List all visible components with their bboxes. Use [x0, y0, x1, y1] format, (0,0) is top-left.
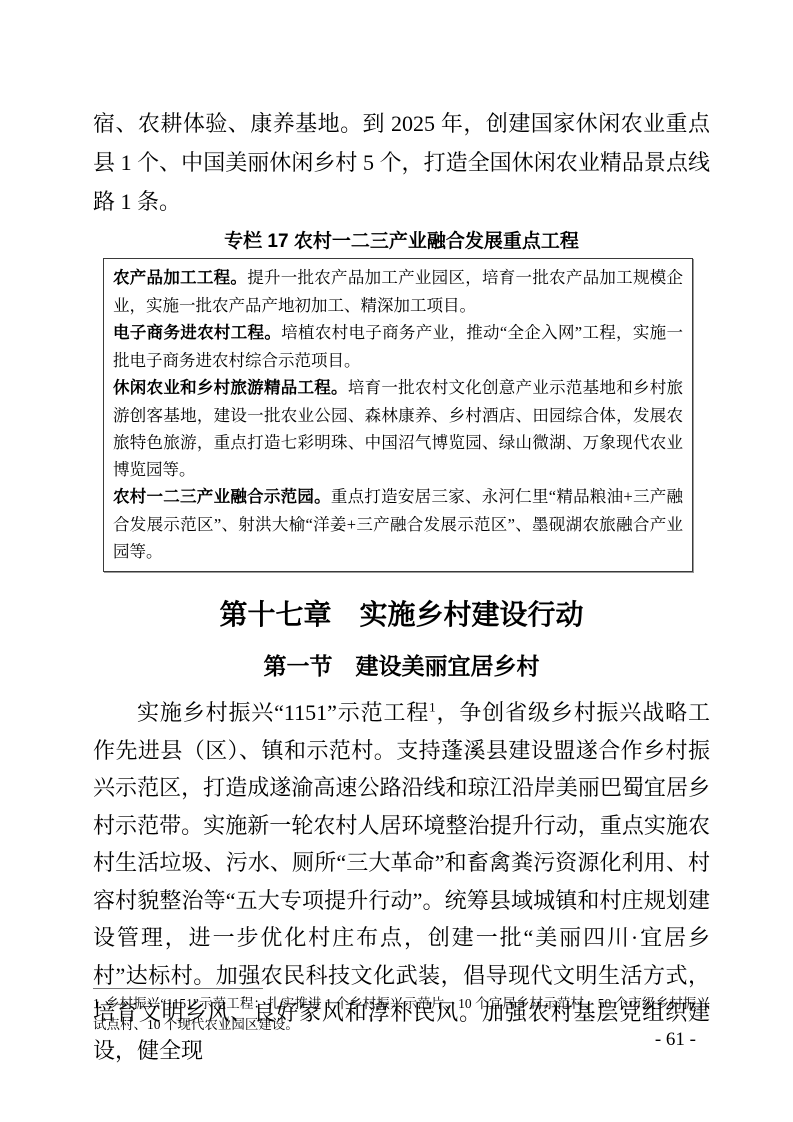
panel-item-heading: 农村一二三产业融合示范园。 [113, 488, 331, 506]
footnote-marker: 1 [93, 996, 100, 1011]
chapter-title: 第十七章 实施乡村建设行动 [93, 597, 710, 633]
panel-item-heading: 休闲农业和乡村旅游精品工程。 [113, 379, 348, 397]
panel-item: 农村一二三产业融合示范园。重点打造安居三家、永河仁里“精品粮油+三产融合发展示范… [113, 483, 683, 565]
panel-item: 休闲农业和乡村旅游精品工程。培育一批农村文化创意产业示范基地和乡村旅游创客基地，… [113, 374, 683, 483]
intro-paragraph: 宿、农耕体验、康养基地。到 2025 年，创建国家休闲农业重点县 1 个、中国美… [93, 104, 710, 221]
panel-item: 农产品加工工程。提升一批农产品加工产业园区，培育一批农产品加工规模企业，实施一批… [113, 264, 683, 319]
page-content: 宿、农耕体验、康养基地。到 2025 年，创建国家休闲农业重点县 1 个、中国美… [93, 0, 710, 1069]
document-page: 宿、农耕体验、康养基地。到 2025 年，创建国家休闲农业重点县 1 个、中国美… [0, 0, 793, 1122]
panel-item-heading: 农产品加工工程。 [113, 269, 247, 287]
footnote-area: 1乡村振兴“1151”示范工程：扎实推进 1 个乡村振兴示范片、10 个宜居乡村… [93, 988, 710, 1035]
body-text-before-footnote-ref: 实施乡村振兴“1151”示范工程 [137, 700, 429, 725]
panel-box: 农产品加工工程。提升一批农产品加工产业园区，培育一批农产品加工规模企业，实施一批… [103, 258, 693, 572]
panel-title: 专栏 17 农村一二三产业融合发展重点工程 [93, 229, 710, 254]
section-title: 第一节 建设美丽宜居乡村 [93, 651, 710, 681]
footnote-text: 乡村振兴“1151”示范工程：扎实推进 1 个乡村振兴示范片、10 个宜居乡村示… [93, 996, 710, 1032]
footnote: 1乡村振兴“1151”示范工程：扎实推进 1 个乡村振兴示范片、10 个宜居乡村… [93, 993, 710, 1035]
footnote-separator-rule [93, 988, 263, 989]
panel-item: 电子商务进农村工程。培植农村电子商务产业，推动“全企入网”工程，实施一批电子商务… [113, 319, 683, 374]
page-number: - 61 - [655, 1028, 696, 1052]
panel-item-heading: 电子商务进农村工程。 [113, 324, 281, 342]
